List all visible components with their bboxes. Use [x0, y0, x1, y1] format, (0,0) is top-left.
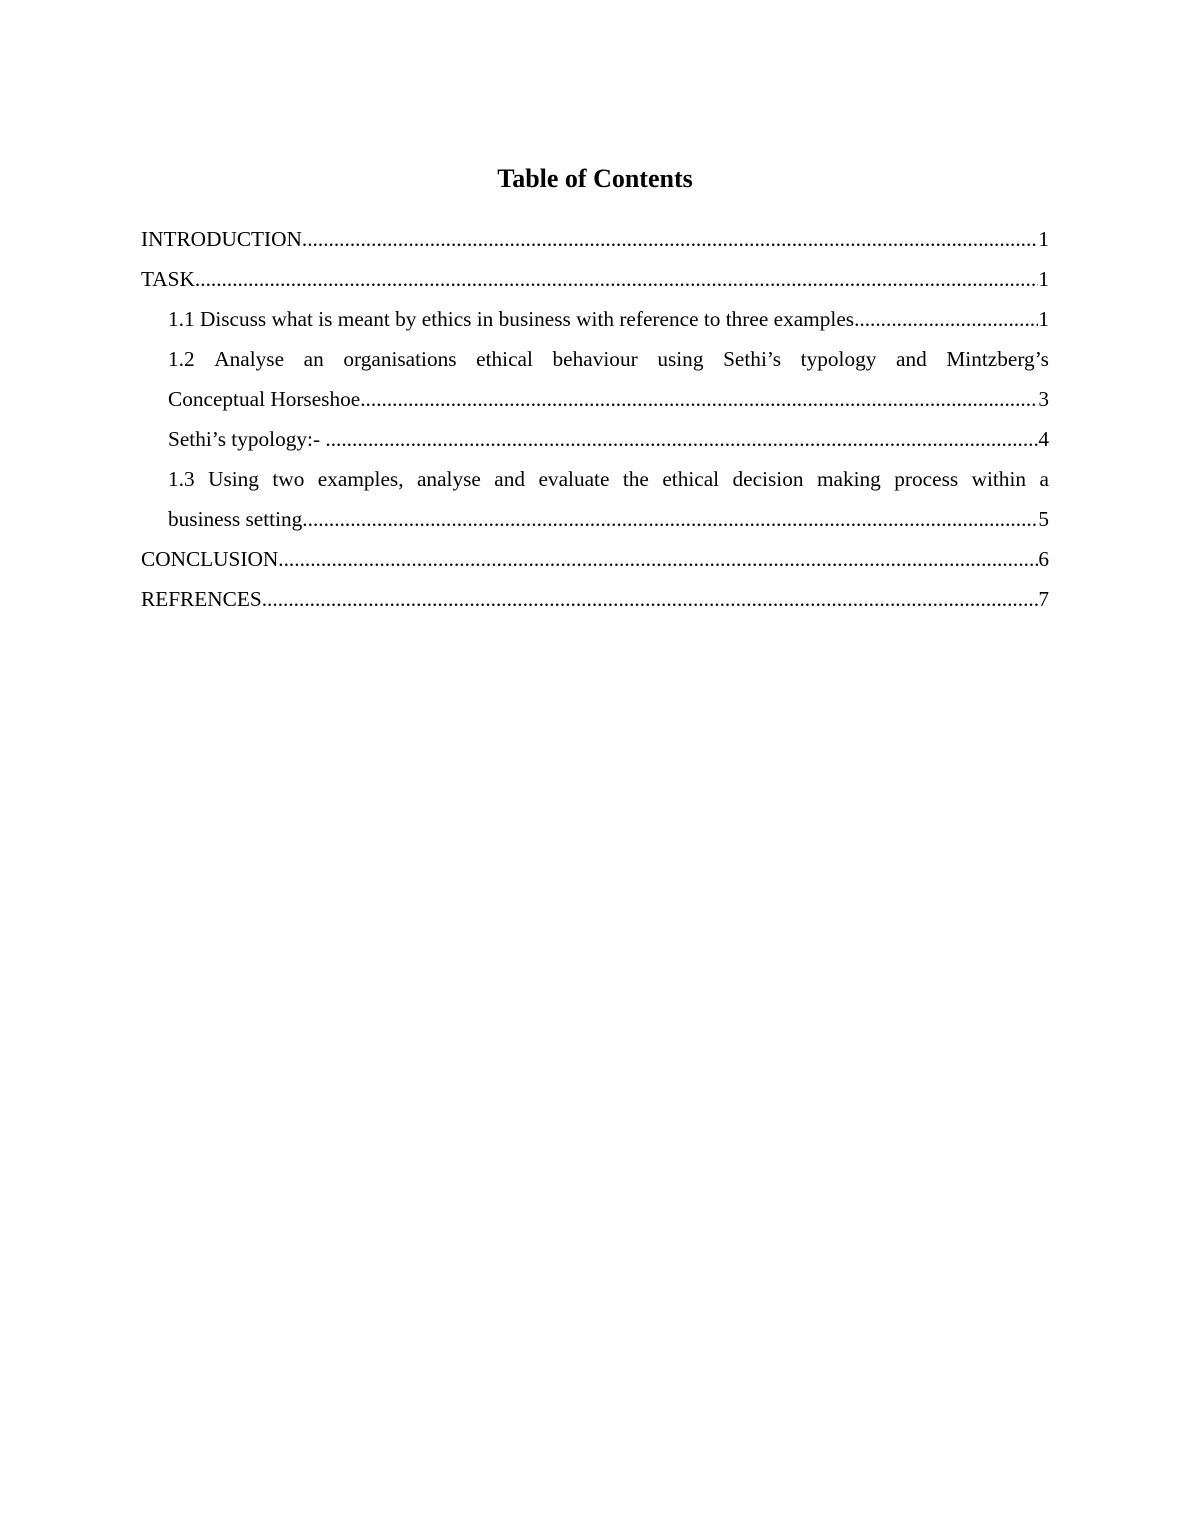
- toc-entry-1-3-line1[interactable]: 1.3Usingtwoexamples,analyseandevaluateth…: [168, 459, 1049, 499]
- toc-entry-1-3-line2[interactable]: business setting 5: [168, 499, 1049, 539]
- toc-entry-conclusion[interactable]: CONCLUSION 6: [141, 539, 1049, 579]
- toc-entry-task[interactable]: TASK 1: [141, 259, 1049, 299]
- toc-entry-label: 1.2Analyseanorganisationsethicalbehaviou…: [168, 339, 1049, 379]
- toc-entry-label: Conceptual Horseshoe: [168, 379, 360, 419]
- toc-page-number: 7: [1038, 579, 1049, 619]
- toc-page-number: 1: [1038, 219, 1049, 259]
- page-title: Table of Contents: [0, 162, 1190, 196]
- toc-entry-introduction[interactable]: INTRODUCTION 1: [141, 219, 1049, 259]
- dot-leader: [360, 379, 1038, 419]
- toc-page-number: 4: [1038, 419, 1049, 459]
- dot-leader: [262, 579, 1039, 619]
- toc-entry-label: REFRENCES: [141, 579, 262, 619]
- toc-page-number: 3: [1038, 379, 1049, 419]
- toc-entry-label: INTRODUCTION: [141, 219, 302, 259]
- dot-leader: [302, 499, 1038, 539]
- toc-page-number: 6: [1038, 539, 1049, 579]
- dot-leader: [854, 299, 1038, 339]
- dot-leader: [195, 259, 1038, 299]
- toc-entry-1-1[interactable]: 1.1 Discuss what is meant by ethics in b…: [168, 299, 1049, 339]
- toc-entry-label: TASK: [141, 259, 195, 299]
- dot-leader: [278, 539, 1038, 579]
- toc-entry-label: 1.1 Discuss what is meant by ethics in b…: [168, 299, 854, 339]
- toc-entry-references[interactable]: REFRENCES 7: [141, 579, 1049, 619]
- toc-entry-label: business setting: [168, 499, 302, 539]
- toc-entry-label: 1.3Usingtwoexamples,analyseandevaluateth…: [168, 459, 1049, 499]
- toc-entry-sethis-typology[interactable]: Sethi’s typology:- 4: [168, 419, 1049, 459]
- toc-page-number: 5: [1038, 499, 1049, 539]
- dot-leader: [325, 419, 1038, 459]
- toc-page-number: 1: [1038, 259, 1049, 299]
- dot-leader: [302, 219, 1038, 259]
- toc-page-number: 1: [1038, 299, 1049, 339]
- toc-entry-label: Sethi’s typology:-: [168, 419, 325, 459]
- toc-entry-1-2-line2[interactable]: Conceptual Horseshoe 3: [168, 379, 1049, 419]
- toc-entry-1-2-line1[interactable]: 1.2Analyseanorganisationsethicalbehaviou…: [168, 339, 1049, 379]
- toc-entry-label: CONCLUSION: [141, 539, 278, 579]
